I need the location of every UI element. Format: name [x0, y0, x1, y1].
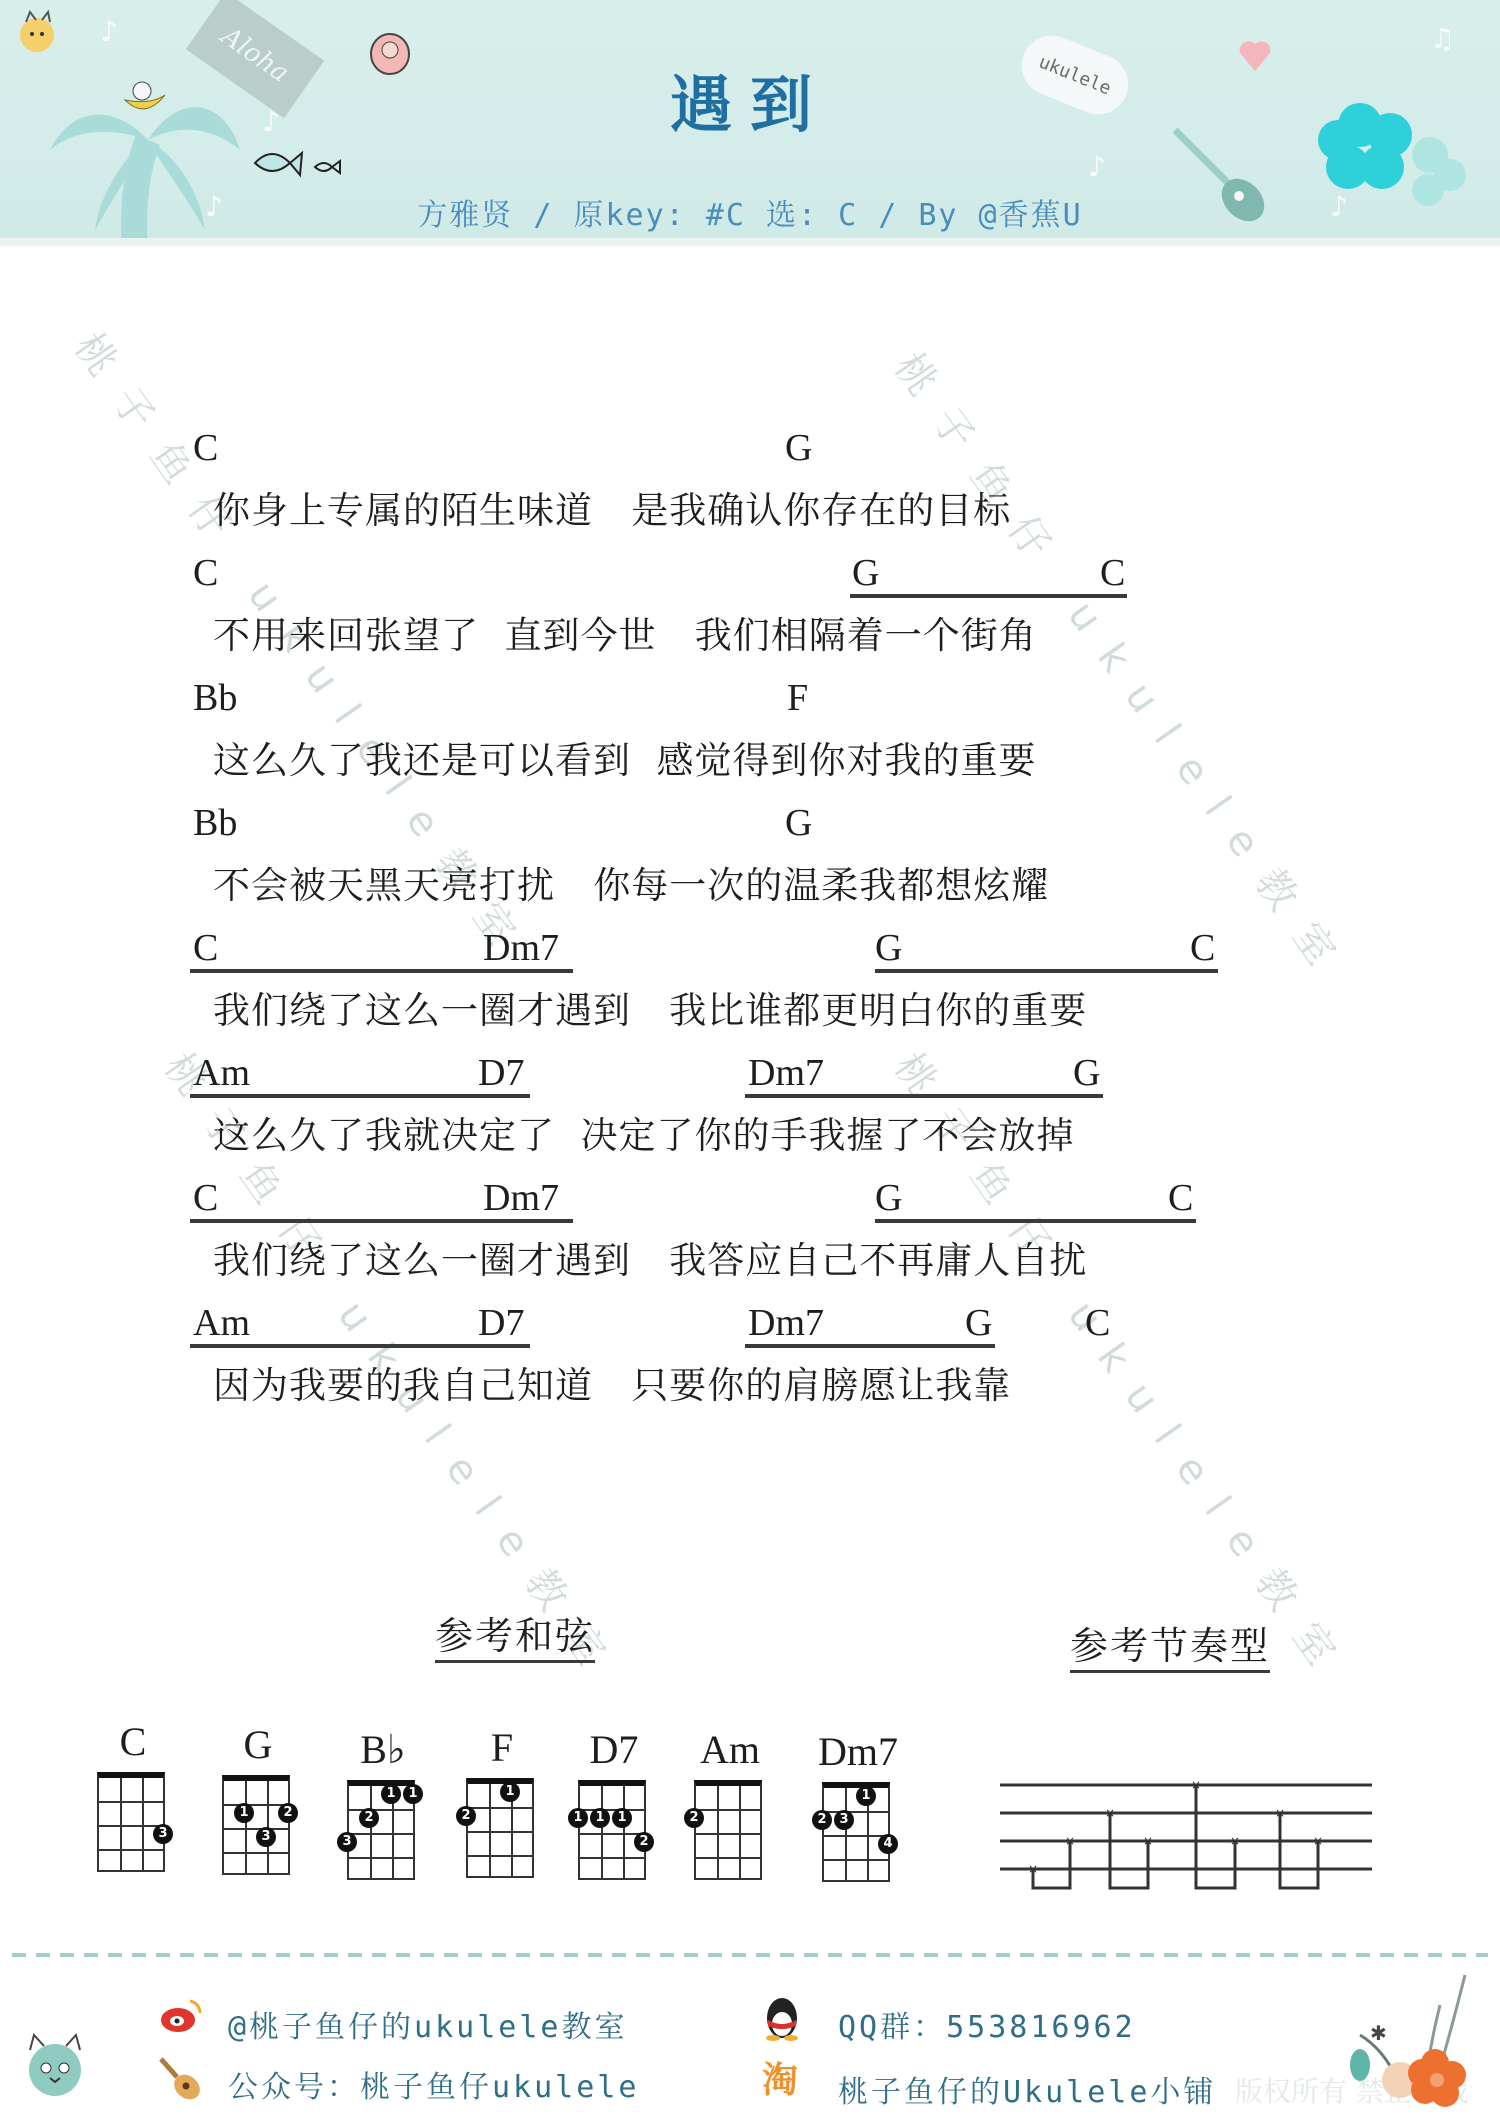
header-banner: Aloha ♪ ♪ ♪ ♪ ♪ ♫ ukulele 遇到 方雅贤 / 原key:…: [0, 0, 1500, 245]
chord-underline: [850, 594, 1127, 598]
fretboard-grid: [694, 1780, 762, 1880]
chord-label: G: [875, 925, 902, 971]
finger-dot: 1: [612, 1808, 632, 1828]
chord-line: C Dm7 G C: [0, 925, 1500, 971]
chord-label: G: [875, 1175, 902, 1221]
chord-label: G: [1073, 1050, 1100, 1096]
finger-dot: 1: [590, 1808, 610, 1828]
chord-line: Bb F: [0, 675, 1500, 721]
lyric-line: 不会被天黑天亮打扰 你每一次的温柔我都想炫耀: [213, 863, 1049, 909]
chord-underline: [190, 969, 573, 973]
chord-label: G: [965, 1300, 992, 1346]
chord-label: Bb: [193, 675, 237, 721]
lyric-line: 我们绕了这么一圈才遇到 我答应自己不再庸人自扰: [213, 1238, 1087, 1284]
finger-dot: 1: [856, 1786, 876, 1806]
chord-diagram-name: C: [77, 1720, 189, 1764]
finger-dot: 1: [500, 1782, 520, 1802]
chord-label: C: [1168, 1175, 1193, 1221]
chord-diagram-name: G: [202, 1723, 314, 1767]
taobao-icon[interactable]: 淘: [756, 2058, 804, 2104]
svg-text:×: ×: [1275, 1806, 1285, 1820]
chord-label: C: [193, 550, 218, 596]
finger-dot: 1: [403, 1784, 423, 1804]
svg-text:×: ×: [1105, 1806, 1115, 1820]
taobao-shop[interactable]: 桃子鱼仔的Ukulele小铺: [838, 2067, 1216, 2111]
cat-sticker-icon: [12, 10, 62, 55]
chord-label: C: [1100, 550, 1125, 596]
chord-underline: [745, 1344, 995, 1348]
svg-text:×: ×: [1313, 1834, 1323, 1848]
reference-rhythm-title: 参考节奏型: [1070, 1622, 1270, 1673]
finger-dot: 4: [878, 1834, 898, 1854]
chord-diagram-name: F: [446, 1726, 558, 1770]
strum-pattern-diagram: ×× ×× ×× ××: [1000, 1770, 1380, 1890]
weibo-icon[interactable]: [158, 1995, 204, 2035]
chord-label: F: [787, 675, 808, 721]
chord-underline: [875, 1219, 1196, 1223]
chord-label: Dm7: [483, 1175, 559, 1221]
chord-label: C: [193, 1175, 218, 1221]
finger-dot: 2: [456, 1806, 476, 1826]
footer-divider: [12, 1953, 1488, 1957]
finger-dot: 1: [568, 1808, 588, 1828]
chord-label: G: [785, 425, 812, 471]
chord-diagram-name: B♭: [327, 1728, 439, 1772]
chord-line: Bb G: [0, 800, 1500, 846]
fretboard-grid: [222, 1775, 290, 1875]
chord-label: Bb: [193, 800, 237, 846]
chord-diagram-name: Am: [674, 1728, 786, 1772]
svg-text:×: ×: [1028, 1862, 1038, 1876]
chord-underline: [190, 1344, 530, 1348]
music-note-icon: ♫: [1430, 22, 1455, 55]
fish-icons: [250, 145, 345, 185]
finger-dot: 3: [337, 1832, 357, 1852]
chord-label: Dm7: [748, 1300, 824, 1346]
finger-dot: 2: [684, 1808, 704, 1828]
reference-chords-title: 参考和弦: [435, 1612, 595, 1663]
chord-line: C G C: [0, 550, 1500, 596]
finger-dot: 2: [278, 1803, 298, 1823]
song-title: 遇到: [0, 55, 1500, 144]
flower-bouquet-icon: ✱: [1340, 1965, 1490, 2115]
chord-label: Am: [193, 1300, 250, 1346]
chord-underline: [875, 969, 1218, 973]
fretboard-grid: [97, 1772, 165, 1872]
chord-label: G: [785, 800, 812, 846]
chord-line: Am D7 Dm7 G C: [0, 1300, 1500, 1346]
chord-line: C G: [0, 425, 1500, 471]
chord-underline: [745, 1094, 1103, 1098]
music-note-icon: ♪: [1088, 150, 1106, 183]
qq-penguin-icon[interactable]: [760, 1992, 804, 2042]
finger-dot: 3: [256, 1827, 276, 1847]
svg-text:×: ×: [1230, 1834, 1240, 1848]
lyric-line: 这么久了我还是可以看到 感觉得到你对我的重要: [213, 738, 1037, 784]
qq-group[interactable]: QQ群：553816962: [838, 2002, 1136, 2046]
chord-underline: [190, 1219, 573, 1223]
chord-label: Dm7: [748, 1050, 824, 1096]
chord-label: Am: [193, 1050, 250, 1096]
song-subtitle: 方雅贤 / 原key: #C 选: C / By @香蕉U: [0, 190, 1500, 234]
chord-diagram-name: Dm7: [802, 1730, 914, 1774]
weibo-handle[interactable]: @桃子鱼仔的ukulele教室: [228, 2002, 628, 2046]
svg-text:×: ×: [1065, 1834, 1075, 1848]
svg-text:×: ×: [1143, 1834, 1153, 1848]
chord-label: D7: [478, 1050, 524, 1096]
lyric-line: 不用来回张望了 直到今世 我们相隔着一个街角: [213, 613, 1037, 659]
wechat-account[interactable]: 公众号：桃子鱼仔ukulele: [228, 2062, 639, 2106]
music-note-icon: ♪: [100, 15, 118, 48]
fretboard-grid: [578, 1780, 646, 1880]
svg-text:✱: ✱: [1370, 2021, 1387, 2045]
chord-label: G: [852, 550, 879, 596]
chord-label: C: [1085, 1300, 1110, 1346]
chord-underline: [190, 1094, 530, 1098]
guitar-icon: [155, 2055, 205, 2103]
chord-line: C Dm7 G C: [0, 1175, 1500, 1221]
banner-edge: [0, 238, 1500, 246]
finger-dot: 2: [359, 1808, 379, 1828]
lyric-line: 因为我要的我自己知道 只要你的肩膀愿让我靠: [213, 1363, 1011, 1409]
chord-diagram-name: D7: [558, 1728, 670, 1772]
finger-dot: 2: [634, 1832, 654, 1852]
chord-label: Dm7: [483, 925, 559, 971]
finger-dot: 3: [153, 1824, 173, 1844]
chord-line: Am D7 Dm7 G: [0, 1050, 1500, 1096]
cat-face-icon: [20, 2030, 90, 2100]
lyric-line: 这么久了我就决定了 决定了你的手我握了不会放掉: [213, 1113, 1075, 1159]
finger-dot: 2: [812, 1810, 832, 1830]
svg-text:×: ×: [1191, 1778, 1201, 1792]
chord-label: C: [1190, 925, 1215, 971]
chord-label: C: [193, 925, 218, 971]
chord-label: D7: [478, 1300, 524, 1346]
finger-dot: 3: [834, 1810, 854, 1830]
lyric-line: 你身上专属的陌生味道 是我确认你存在的目标: [213, 488, 1011, 534]
lyric-line: 我们绕了这么一圈才遇到 我比谁都更明白你的重要: [213, 988, 1087, 1034]
finger-dot: 1: [234, 1803, 254, 1823]
chord-label: C: [193, 425, 218, 471]
finger-dot: 1: [381, 1784, 401, 1804]
